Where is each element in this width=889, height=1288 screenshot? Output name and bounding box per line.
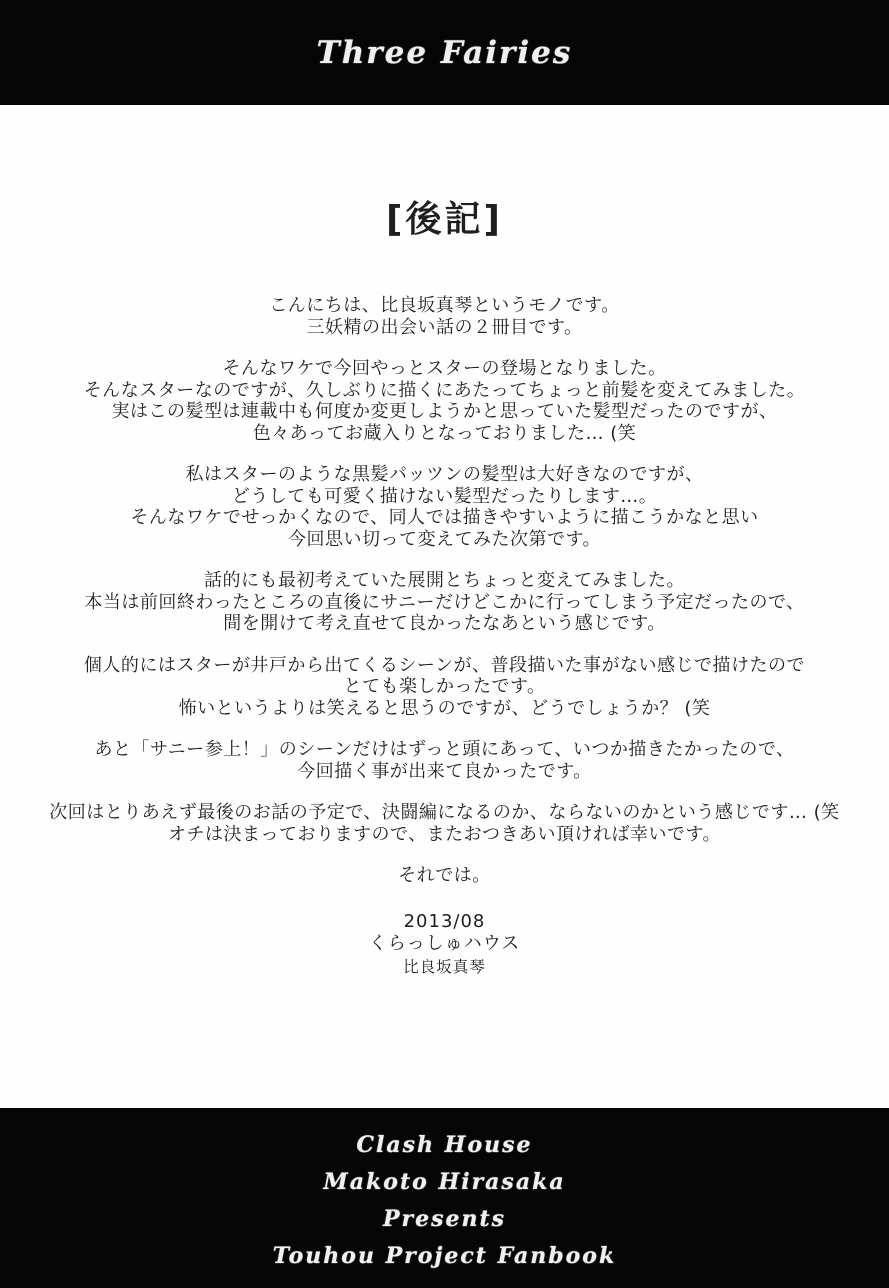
afterword-paragraph-6: あと「サニー参上！」のシーンだけはずっと頭にあって、いつか描きたかったので、 今… [0, 739, 889, 782]
text-line: こんにちは、比良坂真琴というモノです。 [0, 295, 889, 317]
text-line: 間を開けて考え直せて良かったなあという感じです。 [0, 613, 889, 635]
afterword-paragraph-7: 次回はとりあえず最後のお話の予定で、決闘編になるのか、ならないのかという感じです… [0, 802, 889, 845]
text-line: どうしても可愛く描けない髪型だったりします…。 [0, 486, 889, 508]
text-line: あと「サニー参上！」のシーンだけはずっと頭にあって、いつか描きたかったので、 [0, 739, 889, 761]
text-line: 本当は前回終わったところの直後にサニーだけどこかに行ってしまう予定だったので、 [0, 592, 889, 614]
afterword-paragraph-1: こんにちは、比良坂真琴というモノです。 三妖精の出会い話の２冊目です。 [0, 295, 889, 338]
text-line: 次回はとりあえず最後のお話の予定で、決闘編になるのか、ならないのかという感じです… [0, 802, 889, 824]
afterword-paragraph-2: そんなワケで今回やっとスターの登場となりました。 そんなスターなのですが、久しぶ… [0, 358, 889, 444]
text-line: 三妖精の出会い話の２冊目です。 [0, 317, 889, 339]
footer-band: Clash House Makoto Hirasaka Presents Tou… [0, 1108, 889, 1288]
text-line: 怖いというよりは笑えると思うのですが、どうでしょうか？ (笑 [0, 698, 889, 720]
text-line: とても楽しかったです。 [0, 676, 889, 698]
signature-author-name: 比良坂真琴 [0, 956, 889, 978]
text-line: そんなワケでせっかくなので、同人では描きやすいように描こうかなと思い [0, 507, 889, 529]
page-header-title: Three Fairies [317, 35, 573, 71]
closing-line: それでは。 [0, 865, 889, 887]
afterword-content: [後記] こんにちは、比良坂真琴というモノです。 三妖精の出会い話の２冊目です。… [0, 105, 889, 1108]
text-line: そんなワケで今回やっとスターの登場となりました。 [0, 358, 889, 380]
afterword-title: [後記] [0, 198, 889, 242]
header-band: Three Fairies [0, 0, 889, 105]
footer-circle-name: Clash House [357, 1134, 533, 1157]
text-line: 今回思い切って変えてみた次第です。 [0, 529, 889, 551]
footer-presents: Presents [383, 1208, 506, 1231]
signature-date: 2013/08 [0, 911, 889, 934]
text-line: それでは。 [0, 865, 889, 887]
text-line: 個人的にはスターが井戸から出てくるシーンが、普段描いた事がない感じで描けたので [0, 655, 889, 677]
text-line: 色々あってお蔵入りとなっておりました… (笑 [0, 423, 889, 445]
footer-fanbook-label: Touhou Project Fanbook [273, 1245, 616, 1268]
text-line: 今回描く事が出来て良かったです。 [0, 761, 889, 783]
text-line: 私はスターのような黒髪パッツンの髪型は大好きなのですが、 [0, 464, 889, 486]
text-line: 話的にも最初考えていた展開とちょっと変えてみました。 [0, 570, 889, 592]
text-line: 実はこの髪型は連載中も何度か変更しようかと思っていた髪型だったのですが、 [0, 401, 889, 423]
signature-block: 2013/08 くらっしゅハウス 比良坂真琴 [0, 911, 889, 978]
text-line: オチは決まっておりますので、またおつきあい頂ければ幸いです。 [0, 824, 889, 846]
afterword-paragraph-3: 私はスターのような黒髪パッツンの髪型は大好きなのですが、 どうしても可愛く描けな… [0, 464, 889, 550]
signature-circle-name: くらっしゅハウス [0, 933, 889, 956]
text-line: そんなスターなのですが、久しぶりに描くにあたってちょっと前髪を変えてみました。 [0, 380, 889, 402]
afterword-paragraph-5: 個人的にはスターが井戸から出てくるシーンが、普段描いた事がない感じで描けたので … [0, 655, 889, 720]
afterword-page: Three Fairies [後記] こんにちは、比良坂真琴というモノです。 三… [0, 0, 889, 1288]
footer-author-name: Makoto Hirasaka [323, 1171, 565, 1194]
afterword-paragraph-4: 話的にも最初考えていた展開とちょっと変えてみました。 本当は前回終わったところの… [0, 570, 889, 635]
